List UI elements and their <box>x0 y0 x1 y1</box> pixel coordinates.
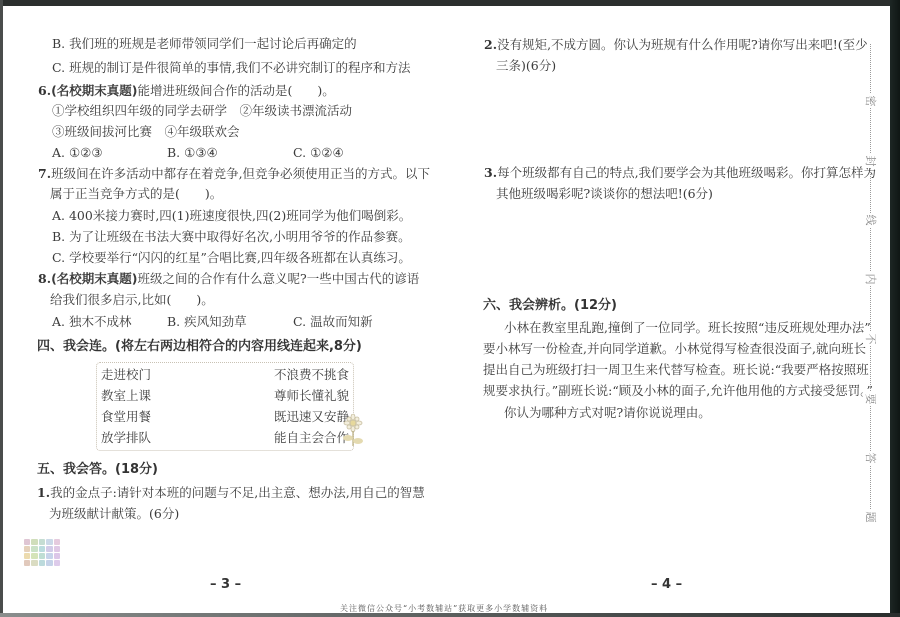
q6-option-b: B. ①③④ <box>167 145 218 161</box>
match-row: 走进校门 不浪费不挑食 <box>101 365 349 385</box>
seal-line-char: 内 <box>863 272 877 286</box>
s6-paragraph-line2: 要小林写一份检查,并向同学道歉。小林觉得写检查很没面子,就向班长 <box>483 341 866 357</box>
seal-line-char: 要 <box>863 392 877 406</box>
q7-option-a: A. 400米接力赛时,四(1)班速度很快,四(2)班同学为他们喝倒彩。 <box>52 208 411 224</box>
match-right-item[interactable]: 不浪费不挑食 <box>274 365 349 385</box>
scan-border-left <box>0 0 3 617</box>
s6-paragraph-line1: 小林在教室里乱跑,撞倒了一位同学。班长按照“违反班规处理办法” <box>504 320 871 336</box>
match-left-item[interactable]: 走进校门 <box>101 365 151 385</box>
page-number-right: – 4 – <box>651 577 682 592</box>
s5-q3-number: 3. <box>484 165 497 180</box>
q7-option-c: C. 学校要举行“闪闪的红星”合唱比赛,四年级各班都在认真练习。 <box>52 250 411 266</box>
footer-watermark: 关注微信公众号“小考数辅站”获取更多小学数辅资料 <box>340 603 548 614</box>
q5-option-c: C. 班规的制订是件很简单的事情,我们不必讲究制订的程序和方法 <box>52 60 411 76</box>
s6-paragraph-line4: 规要求执行。”副班长说:“顾及小林的面子,允许他用他的方式接受惩罚。” <box>483 383 873 399</box>
s5-q2-number: 2. <box>484 37 497 52</box>
match-row: 放学排队 能自主会合作 <box>101 428 349 448</box>
q8-tag: (名校期末真题) <box>51 271 137 286</box>
match-row: 教室上课 尊师长懂礼貌 <box>101 386 349 406</box>
page-number-left: – 3 – <box>210 577 241 592</box>
match-right-item[interactable]: 尊师长懂礼貌 <box>274 386 349 406</box>
q8-option-b: B. 疾风知劲草 <box>167 314 247 330</box>
matching-box: 走进校门 不浪费不挑食 教室上课 尊师长懂礼貌 食堂用餐 既迅速又安静 放学排队… <box>96 362 354 451</box>
seal-line-char: 线 <box>863 213 877 227</box>
q6-number: 6. <box>38 83 51 98</box>
q8-text: 班级之间的合作有什么意义呢?一些中国古代的谚语 <box>138 271 420 286</box>
q6-option-a: A. ①②③ <box>52 145 103 161</box>
s5-q2-text: 没有规矩,不成方圆。你认为班规有什么作用呢?请你写出来吧!(至少 <box>497 37 868 52</box>
q8-number: 8. <box>38 271 51 286</box>
match-row: 食堂用餐 既迅速又安静 <box>101 407 349 427</box>
q6-tag: (名校期末真题) <box>51 83 137 98</box>
s5-q3-text: 每个班级都有自己的特点,我们要学会为其他班级喝彩。你打算怎样为 <box>497 165 876 180</box>
match-right-item[interactable]: 既迅速又安静 <box>274 407 349 427</box>
section4-title: 四、我会连。(将左右两边相符合的内容用线连起来,8分) <box>37 339 362 355</box>
match-left-item[interactable]: 食堂用餐 <box>101 407 151 427</box>
q8-option-a: A. 独木不成林 <box>52 314 131 330</box>
s5-q1-text: 我的金点子:请针对本班的问题与不足,出主意、想办法,用自己的智慧 <box>50 485 425 500</box>
seal-line-char: 封 <box>863 154 877 168</box>
q6-option-c: C. ①②④ <box>293 145 344 161</box>
s5-q3-line2: 其他班级喝彩呢?谈谈你的想法吧!(6分) <box>496 186 713 202</box>
q6-stem: 6.(名校期末真题)能增进班级间合作的活动是( )。 <box>38 83 335 99</box>
q7-number: 7. <box>38 166 51 181</box>
s5-q2-line2: 三条)(6分) <box>496 58 556 74</box>
seal-line-char: 不 <box>863 332 877 346</box>
s6-paragraph-line3: 提出自己为班级打扫一周卫生来代替写检查。班长说:“我要严格按照班 <box>483 362 869 378</box>
s5-q1-number: 1. <box>37 485 50 500</box>
s5-q3-line1: 3.每个班级都有自己的特点,我们要学会为其他班级喝彩。你打算怎样为 <box>484 165 876 181</box>
publisher-logo-icon <box>24 539 60 566</box>
q8-option-c: C. 温故而知新 <box>293 314 373 330</box>
s6-question: 你认为哪种方式对呢?请你说说理由。 <box>504 405 711 421</box>
q5-option-b: B. 我们班的班规是老师带领同学们一起讨论后再确定的 <box>52 36 357 52</box>
section6-title: 六、我会辨析。(12分) <box>483 298 617 314</box>
match-right-item[interactable]: 能自主会合作 <box>274 428 349 448</box>
seal-line-char: 答 <box>863 451 877 465</box>
q8-stem-line2: 给我们很多启示,比如( )。 <box>50 292 214 308</box>
s5-q1-line2: 为班级献计献策。(6分) <box>49 506 179 522</box>
s5-q2-line1: 2.没有规矩,不成方圆。你认为班规有什么作用呢?请你写出来吧!(至少 <box>484 37 868 53</box>
q6-items-line1: ①学校组织四年级的同学去研学 ②年级读书漂流活动 <box>52 103 352 119</box>
q6-text: 能增进班级间合作的活动是( )。 <box>138 83 335 98</box>
scan-border-right <box>890 0 900 617</box>
q7-stem-line1: 7.班级间在许多活动中都存在着竞争,但竞争必须使用正当的方式。以下 <box>38 166 430 182</box>
seal-line-char: 题 <box>863 510 877 524</box>
q7-text: 班级间在许多活动中都存在着竞争,但竞争必须使用正当的方式。以下 <box>51 166 430 181</box>
seal-line-char: 密 <box>863 94 877 108</box>
scan-border-top <box>0 0 900 6</box>
section5-title: 五、我会答。(18分) <box>37 462 158 478</box>
s5-q1-line1: 1.我的金点子:请针对本班的问题与不足,出主意、想办法,用自己的智慧 <box>37 485 425 501</box>
q7-option-b: B. 为了让班级在书法大赛中取得好名次,小明用爷爷的作品参赛。 <box>52 229 411 245</box>
q8-stem-line1: 8.(名校期末真题)班级之间的合作有什么意义呢?一些中国古代的谚语 <box>38 271 419 287</box>
flower-decoration-icon <box>340 414 366 448</box>
q6-items-line2: ③班级间拔河比赛 ④年级联欢会 <box>52 124 240 140</box>
match-left-item[interactable]: 教室上课 <box>101 386 151 406</box>
match-left-item[interactable]: 放学排队 <box>101 428 151 448</box>
q7-stem-line2: 属于正当竞争方式的是( )。 <box>50 186 222 202</box>
